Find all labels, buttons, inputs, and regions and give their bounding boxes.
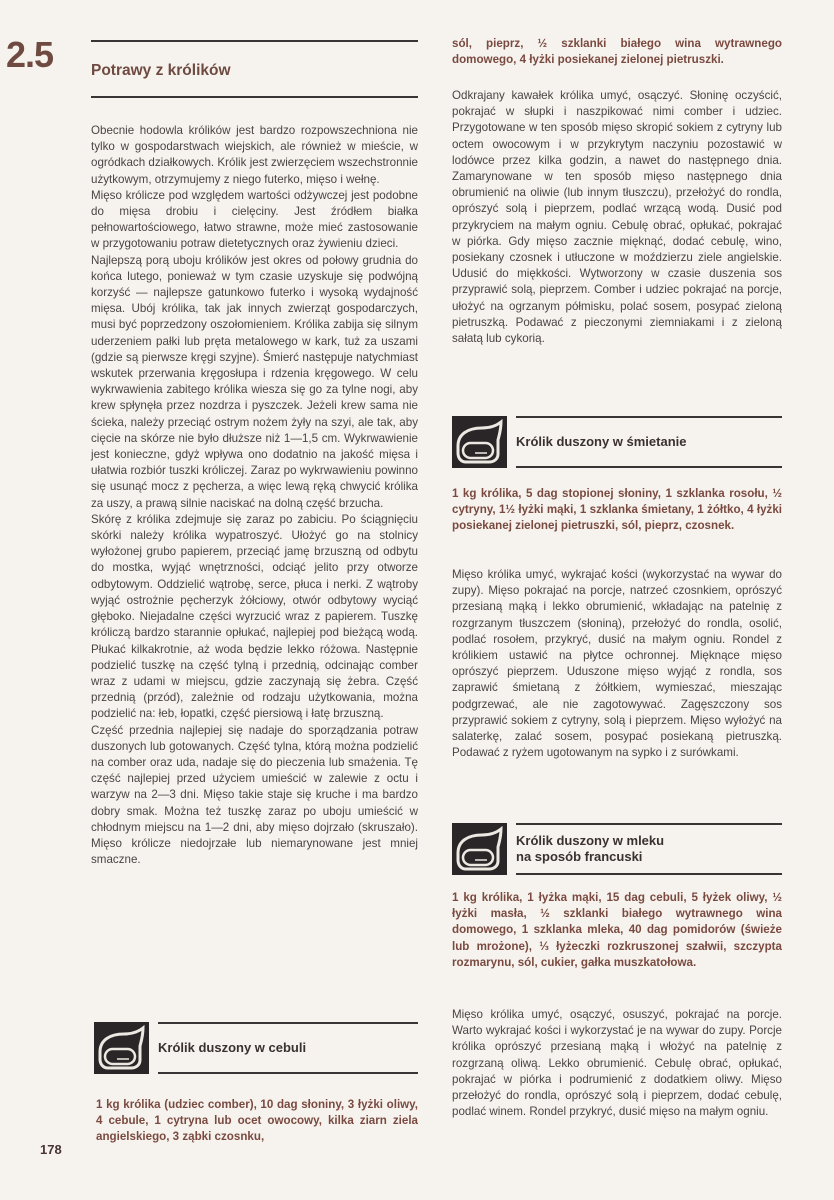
intro-paragraph: Skórę z królika zdejmuje się zaraz po za…	[91, 512, 418, 723]
recipe-title-line1: Królik duszony w mleku	[516, 833, 782, 849]
chapter-title: Potrawy z królików	[91, 62, 418, 86]
divider	[158, 1072, 418, 1074]
recipe-header-smietanie: Królik duszony w śmietanie	[452, 416, 782, 468]
method-cebuli: Odkrajany kawałek królika umyć, osączyć.…	[452, 88, 782, 347]
intro-text: Obecnie hodowla królików jest bardzo roz…	[91, 123, 418, 868]
intro-paragraph: Mięso królicze pod względem wartości odż…	[91, 188, 418, 253]
recipe-title: Królik duszony w cebuli	[158, 1040, 418, 1056]
divider	[91, 96, 418, 98]
recipe-title: Królik duszony w śmietanie	[516, 434, 782, 450]
braising-pot-icon	[452, 416, 507, 468]
chapter-header: Potrawy z królików	[91, 40, 418, 98]
section-number: 2.5	[6, 34, 53, 76]
recipe-title-line2: na sposób francuski	[516, 849, 782, 865]
ingredients-smietanie: 1 kg królika, 5 dag stopionej słoniny, 1…	[452, 486, 782, 535]
ingredients-cebuli-part1: 1 kg królika (udziec comber), 10 dag sło…	[96, 1097, 418, 1146]
ingredients-mleku: 1 kg królika, 1 łyżka mąki, 15 dag cebul…	[452, 890, 782, 971]
braising-pot-icon	[452, 823, 507, 875]
divider	[516, 466, 782, 468]
method-mleku: Mięso królika umyć, osączyć, osuszyć, po…	[452, 1007, 782, 1120]
intro-paragraph: Najlepszą porą uboju królików jest okres…	[91, 253, 418, 512]
recipe-header-cebuli: Królik duszony w cebuli	[94, 1022, 418, 1074]
divider	[516, 823, 782, 825]
ingredients-cebuli-part2: sól, pieprz, ½ szklanki białego wina wyt…	[452, 36, 782, 68]
intro-paragraph: Obecnie hodowla królików jest bardzo roz…	[91, 123, 418, 188]
divider	[158, 1022, 418, 1024]
divider	[516, 873, 782, 875]
method-smietanie: Mięso królika umyć, wykrajać kości (wyko…	[452, 567, 782, 761]
braising-pot-icon	[94, 1022, 149, 1074]
divider	[516, 416, 782, 418]
recipe-header-mleku: Królik duszony w mleku na sposób francus…	[452, 823, 782, 875]
page-number: 178	[40, 1142, 62, 1157]
divider	[91, 40, 418, 42]
intro-paragraph: Część przednia najlepiej się nadaje do s…	[91, 723, 418, 869]
